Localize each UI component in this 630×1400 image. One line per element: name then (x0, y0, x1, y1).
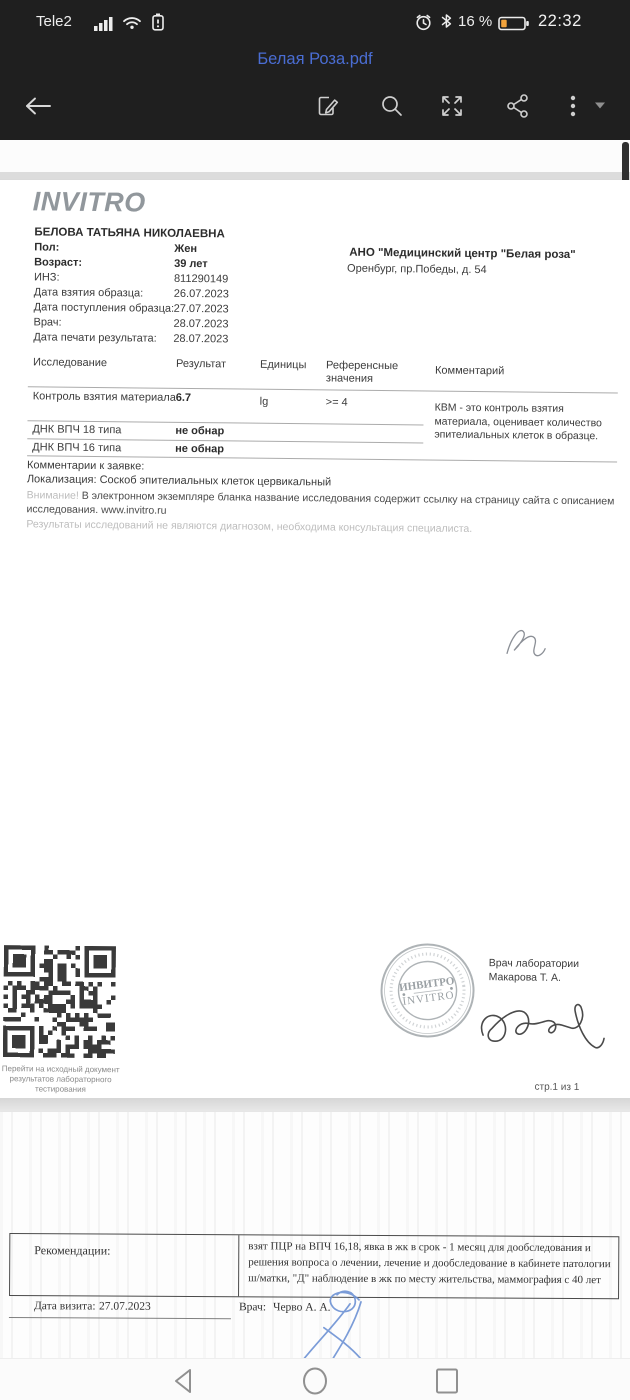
info-label: Дата печати результата: (33, 331, 156, 344)
search-button[interactable] (370, 84, 414, 128)
page-separator (0, 172, 630, 180)
clinic-name: АНО "Медицинский центр "Белая роза" (349, 247, 576, 261)
info-value: 27.07.2023 (174, 303, 229, 316)
attention-note: Внимание! В электронном экземпляре бланк… (26, 488, 618, 522)
edit-document-icon (314, 93, 340, 119)
more-options-button[interactable] (556, 84, 590, 128)
col-header-reference: Референсные значения (326, 359, 418, 386)
info-value: 28.07.2023 (173, 333, 228, 346)
col-header-units: Единицы (260, 359, 306, 371)
page2-content: Рекомендации: взят ПЦР на ВПЧ 16,18, явк… (0, 1112, 630, 1358)
row-comment: КВМ - это контроль взятия материала, оце… (434, 402, 619, 444)
info-label: Дата поступления образца: (34, 301, 175, 314)
dropdown-caret-icon[interactable] (594, 101, 606, 110)
disclaimer-line: Результаты исследований не являются диаг… (26, 518, 472, 535)
visit-date-value: 27.07.2023 (99, 1301, 151, 1313)
page-number: стр.1 из 1 (534, 1082, 579, 1093)
qr-code-image (3, 945, 116, 1058)
row-result: не обнар (175, 425, 224, 438)
info-value: 39 лет (174, 258, 208, 270)
battery-alert-icon (150, 12, 166, 31)
invitro-logo: INVITRO (33, 186, 146, 218)
recommendations-label-cell: Рекомендации: (10, 1234, 239, 1296)
nav-home-icon[interactable] (300, 1366, 330, 1396)
col-header-result: Результат (176, 358, 226, 371)
share-icon (506, 93, 530, 119)
page-separator (0, 1098, 630, 1112)
qr-caption: Перейти на исходный документ результатов… (0, 1064, 125, 1095)
row-units: lg (260, 396, 269, 408)
lab-doctor-name: Макарова Т. А. (489, 971, 561, 984)
lab-doctor-title: Врач лаборатории (489, 957, 579, 970)
row-result: 6.7 (176, 392, 191, 404)
row-reference: >= 4 (326, 396, 348, 408)
back-button[interactable] (16, 84, 60, 128)
info-value: Жен (174, 243, 197, 255)
lab-doctor-signature (477, 991, 610, 1056)
share-button[interactable] (496, 84, 540, 128)
signal-strength-icon (94, 15, 116, 31)
battery-percent-label: 16 % (458, 13, 492, 30)
pdf-page-2[interactable]: Рекомендации: взят ПЦР на ВПЧ 16,18, явк… (0, 1112, 630, 1358)
doctor-signature (264, 1285, 454, 1358)
more-vert-icon (568, 93, 578, 119)
search-icon (379, 93, 405, 119)
invitro-stamp: ИНВИТРО INVITRO (372, 934, 484, 1046)
back-arrow-icon (23, 95, 53, 117)
battery-icon (498, 15, 530, 32)
bluetooth-icon (440, 12, 453, 30)
row-study: ДНК ВПЧ 18 типа (32, 423, 121, 436)
pdf-page-1[interactable]: INVITRO БЕЛОВА ТАТЬЯНА НИКОЛАЕВНА Пол: Ж… (0, 180, 630, 1098)
localization-line: Локализация: Соскоб эпителиальных клеток… (27, 473, 331, 488)
row-study: Контроль взятия материала (33, 390, 176, 403)
patient-name: БЕЛОВА ТАТЬЯНА НИКОЛАЕВНА (34, 226, 224, 240)
comments-title: Комментарии к заявке: (27, 459, 144, 472)
row-study: ДНК ВПЧ 16 типа (32, 441, 121, 454)
handwritten-mark (495, 615, 556, 668)
wifi-icon (122, 13, 142, 30)
info-label: Дата взятия образца: (34, 286, 144, 299)
attention-prefix: Внимание! (27, 489, 79, 502)
col-header-study: Исследование (33, 356, 107, 369)
doctor-label: Врач: (239, 1301, 266, 1313)
phone-screen: Tele2 (0, 0, 630, 1400)
visit-date-label: Дата визита: (34, 1300, 96, 1312)
row-result: не обнар (175, 443, 224, 456)
top-bar: Tele2 (0, 0, 630, 140)
fullscreen-button[interactable] (430, 84, 474, 128)
info-label: Возраст: (34, 256, 82, 269)
clinic-address: Оренбург, пр.Победы, д. 54 (347, 263, 487, 276)
annotate-button[interactable] (305, 84, 349, 128)
info-label: ИНЗ: (34, 271, 60, 283)
table-rule (9, 1317, 231, 1319)
info-value: 26.07.2023 (174, 288, 229, 301)
nav-back-icon[interactable] (168, 1366, 198, 1396)
carrier-label: Tele2 (36, 13, 72, 30)
navigation-bar (0, 1358, 630, 1400)
clock-label: 22:32 (538, 12, 582, 31)
info-value: 811290149 (174, 273, 228, 286)
nav-recents-icon[interactable] (432, 1366, 462, 1396)
info-label: Врач: (33, 316, 61, 328)
alarm-icon (414, 13, 433, 32)
page1-content: INVITRO БЕЛОВА ТАТЬЯНА НИКОЛАЕВНА Пол: Ж… (0, 180, 630, 1098)
info-value: 28.07.2023 (173, 318, 228, 331)
fullscreen-icon (439, 93, 465, 119)
pdf-viewer[interactable]: INVITRO БЕЛОВА ТАТЬЯНА НИКОЛАЕВНА Пол: Ж… (0, 140, 630, 1358)
document-title: Белая Роза.pdf (0, 50, 630, 69)
attention-text: В электронном экземпляре бланка название… (26, 490, 614, 517)
info-label: Пол: (34, 241, 59, 253)
recommendations-label: Рекомендации: (34, 1243, 110, 1258)
col-header-comment: Комментарий (435, 365, 504, 378)
recommendations-text: взят ПЦР на ВПЧ 16,18, явка в жк в срок … (248, 1238, 612, 1288)
page-edge-strip (0, 140, 630, 172)
